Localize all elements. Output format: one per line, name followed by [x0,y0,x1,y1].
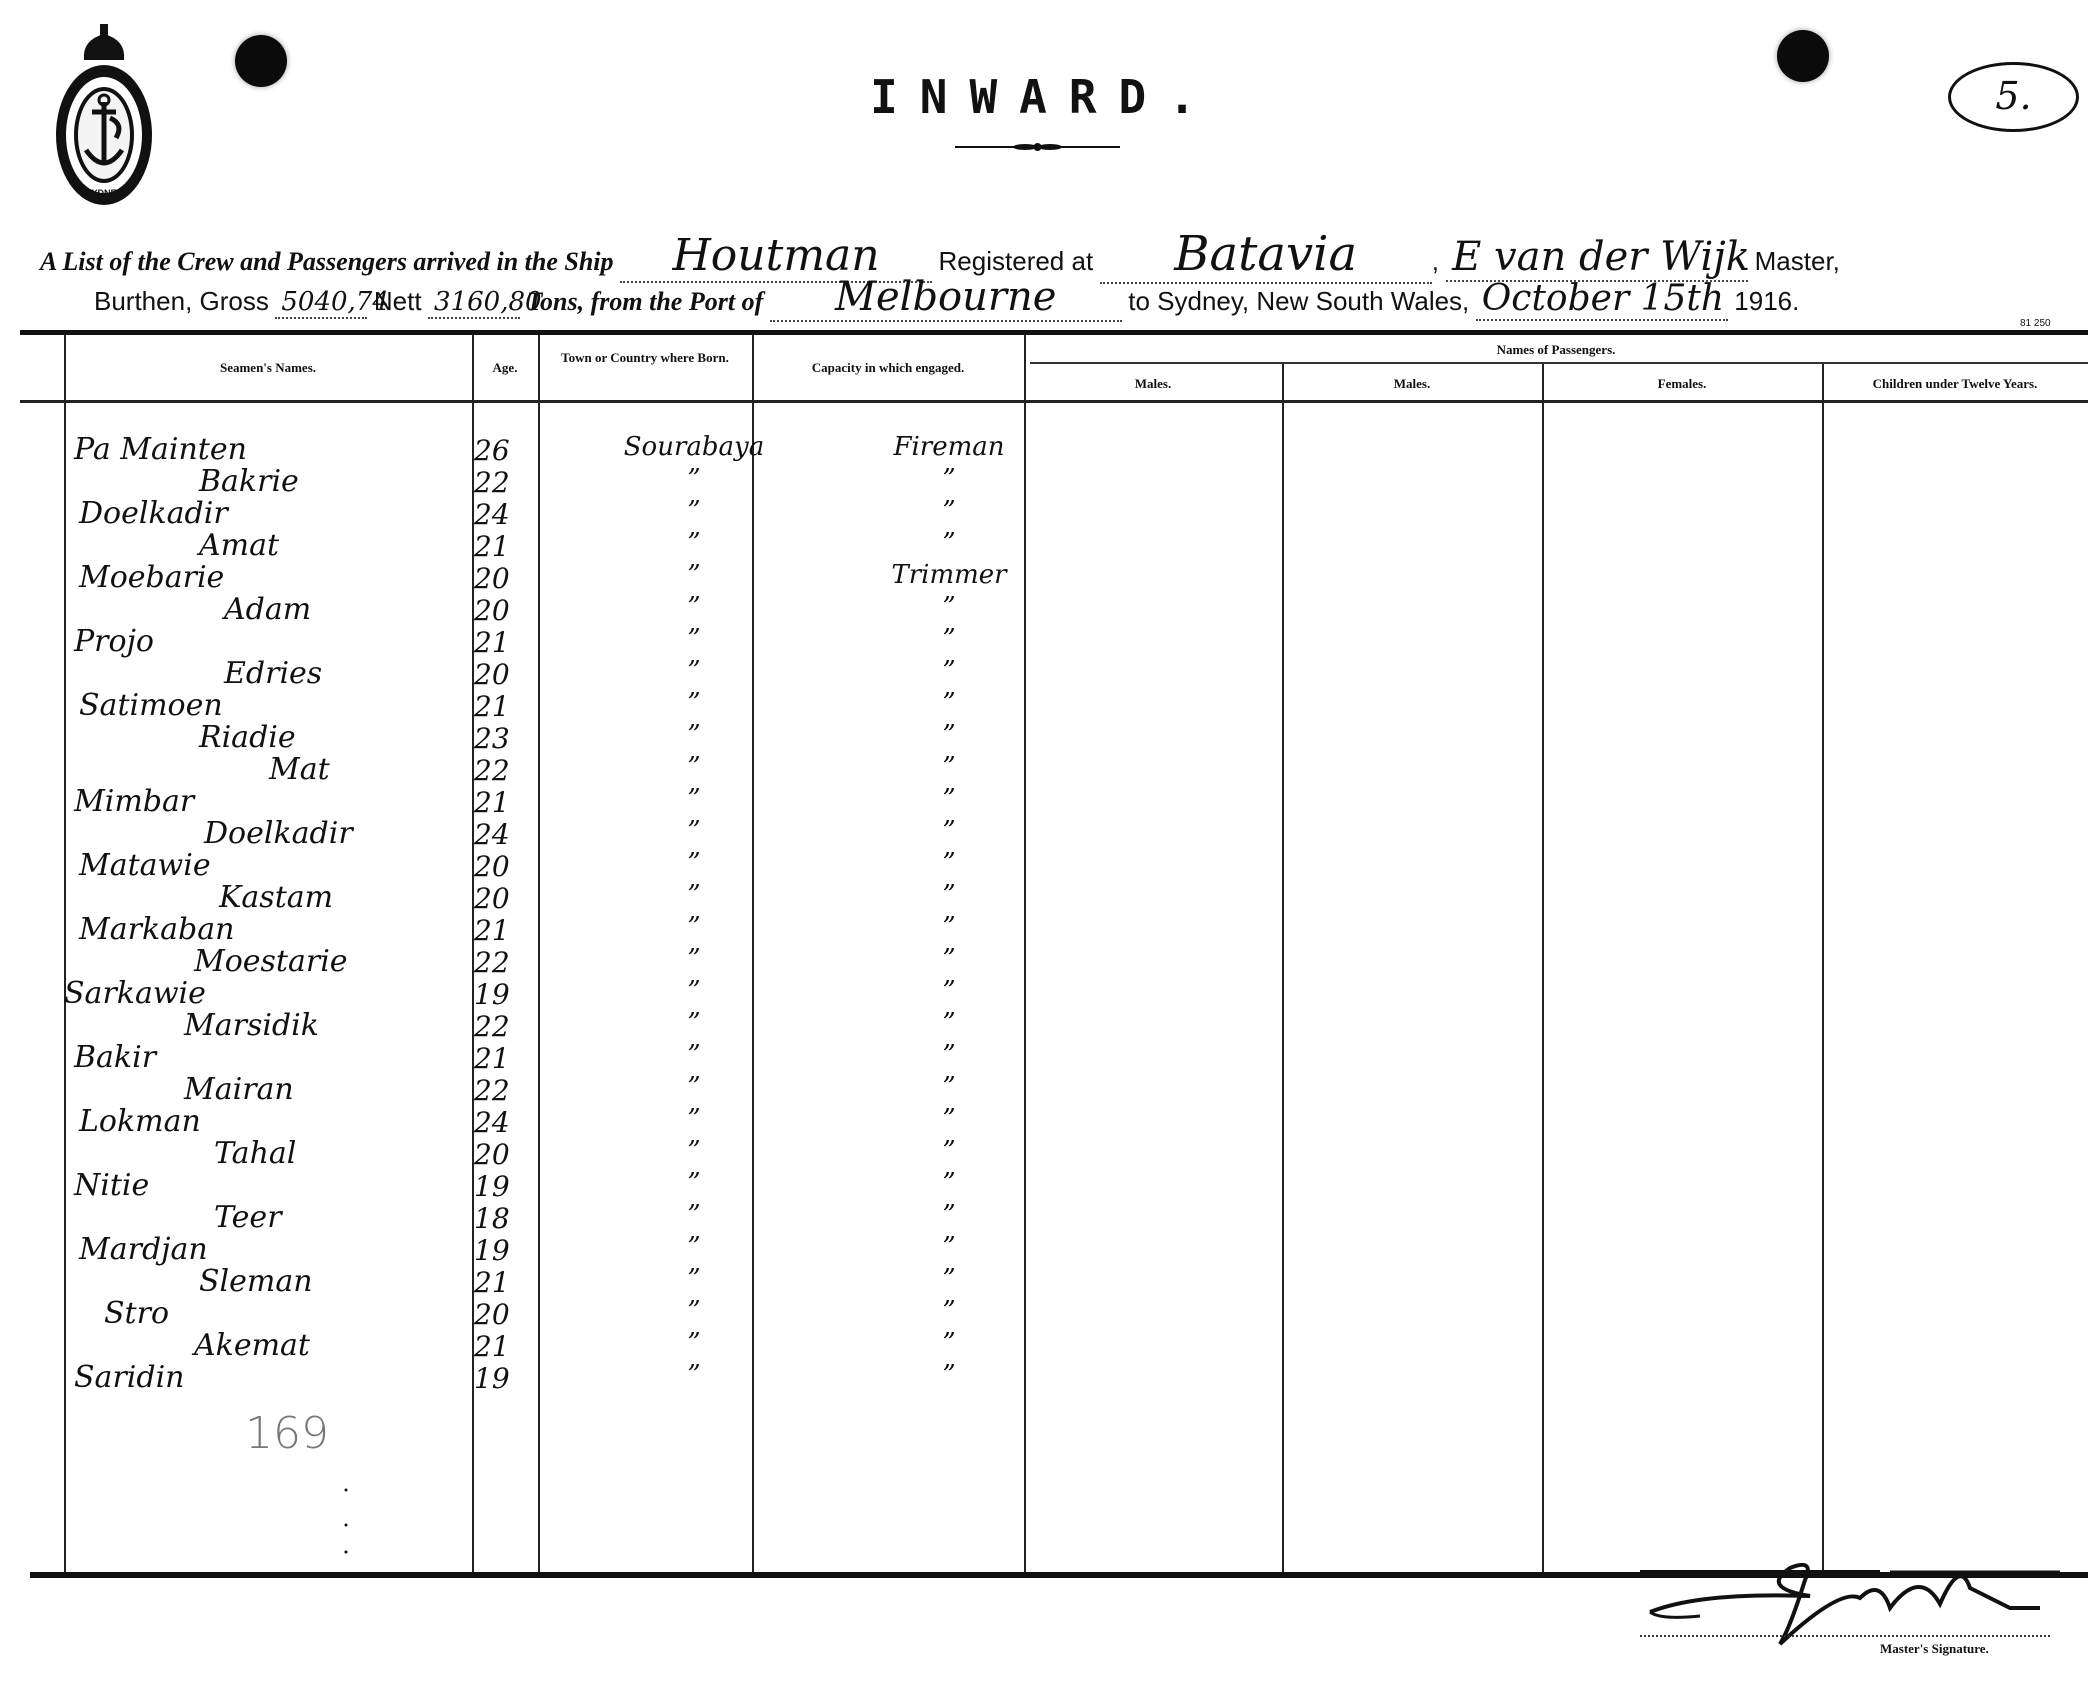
seaman-name: Sleman [199,1264,313,1299]
seaman-capacity: ” [824,848,1074,878]
page-title: INWARD. [0,70,2088,124]
column-divider [1282,364,1284,1572]
seaman-birthplace: ” [604,1040,784,1070]
seaman-name: Amat [199,528,279,563]
seaman-birthplace: ” [604,880,784,910]
seaman-name: Riadie [199,720,296,755]
seaman-capacity: ” [824,752,1074,782]
seaman-birthplace: ” [604,1328,784,1358]
seaman-age: 21 [474,1042,534,1075]
seaman-birthplace: ” [604,1200,784,1230]
seaman-birthplace: ” [604,912,784,942]
seaman-name: Mairan [184,1072,294,1107]
seaman-name: Edries [224,656,322,691]
passengers-subheader-rule [1030,362,2088,364]
table-top-rule [20,330,2088,335]
seaman-name: Matawie [79,848,211,883]
seaman-birthplace: ” [604,720,784,750]
seaman-name: Bakrie [199,464,299,499]
nett-label: Nett [374,286,422,316]
seaman-birthplace: ” [604,976,784,1006]
seaman-age: 20 [474,1298,534,1331]
seaman-name: Doelkadir [79,496,228,531]
ink-dots [343,1480,349,1560]
seaman-age: 21 [474,530,534,563]
header-females: Females. [1542,376,1822,392]
seaman-capacity: ” [824,1072,1074,1102]
seaman-capacity: ” [824,1328,1074,1358]
seaman-age: 19 [474,978,534,1011]
header-town-born: Town or Country where Born. [560,350,730,366]
seaman-name: Kastam [219,880,333,915]
header-age: Age. [472,360,538,376]
seaman-capacity: ” [824,528,1074,558]
seaman-name: Mimbar [74,784,194,819]
master-label: Master, [1755,246,1840,276]
seaman-capacity: ” [824,624,1074,654]
seaman-capacity: ” [824,1136,1074,1166]
seaman-name: Pa Mainten [74,432,247,467]
seaman-capacity: ” [824,1296,1074,1326]
seaman-name: Akemat [194,1328,310,1363]
seaman-birthplace: ” [604,1104,784,1134]
tons-from-port-label: Tons, from the Port of [527,287,764,316]
seaman-capacity: ” [824,656,1074,686]
seaman-birthplace: ” [604,464,784,494]
seaman-birthplace: ” [604,496,784,526]
seaman-age: 21 [474,1266,534,1299]
seaman-capacity: ” [824,912,1074,942]
seaman-capacity: ” [824,1168,1074,1198]
seaman-capacity: ” [824,944,1074,974]
seaman-capacity: ” [824,1008,1074,1038]
seaman-name: Tahal [214,1136,296,1171]
seaman-age: 23 [474,722,534,755]
seaman-name: Moebarie [79,560,224,595]
title-ornament-divider [955,140,1120,154]
seaman-name: Satimoen [79,688,223,723]
seaman-name: Doelkadir [204,816,353,851]
seaman-age: 19 [474,1234,534,1267]
seaman-birthplace: ” [604,784,784,814]
header-males-2: Males. [1282,376,1542,392]
seaman-age: 20 [474,882,534,915]
gross-tonnage-field: 5040,74 [275,287,367,319]
seaman-birthplace: ” [604,752,784,782]
seaman-age: 22 [474,754,534,787]
seaman-name: Bakir [74,1040,156,1075]
seaman-birthplace: ” [604,1136,784,1166]
master-signature-label: Master's Signature. [1880,1641,1989,1657]
seaman-birthplace: ” [604,1008,784,1038]
seaman-birthplace: ” [604,1168,784,1198]
seaman-birthplace: ” [604,528,784,558]
seaman-name: Nitie [74,1168,149,1203]
seaman-age: 19 [474,1362,534,1395]
seaman-capacity: ” [824,592,1074,622]
column-divider [1542,364,1544,1572]
seaman-age: 20 [474,658,534,691]
seaman-capacity: ” [824,496,1074,526]
seaman-capacity: ” [824,1264,1074,1294]
seaman-name: Moestarie [194,944,348,979]
seaman-capacity: ” [824,1232,1074,1262]
year-label: 1916. [1734,286,1799,316]
page-number: 5. [1948,62,2079,132]
form-number: 81 250 [2020,318,2051,329]
seaman-birthplace: ” [604,592,784,622]
seaman-age: 20 [474,850,534,883]
seaman-name: Adam [224,592,311,627]
seaman-age: 21 [474,690,534,723]
seaman-name: Mardjan [79,1232,208,1267]
seaman-capacity: ” [824,976,1074,1006]
seaman-age: 24 [474,818,534,851]
signature-line [1640,1635,2050,1637]
seaman-birthplace: ” [604,560,784,590]
seaman-name: Saridin [74,1360,185,1395]
seaman-birthplace: ” [604,1264,784,1294]
seaman-capacity: ” [824,720,1074,750]
seaman-capacity: ” [824,880,1074,910]
seaman-age: 22 [474,466,534,499]
seaman-capacity: ” [824,1200,1074,1230]
seaman-age: 18 [474,1202,534,1235]
seaman-name: Projo [74,624,154,659]
seaman-name: Stro [104,1296,169,1331]
seaman-birthplace: ” [604,1296,784,1326]
seaman-age: 26 [474,434,534,467]
seaman-birthplace: ” [604,944,784,974]
seaman-birthplace: ” [604,1232,784,1262]
svg-text:SYDNEY: SYDNEY [85,188,122,198]
master-signature-icon [1640,1548,2060,1668]
seaman-birthplace: Sourabaya [604,432,784,462]
seaman-age: 20 [474,1138,534,1171]
registered-label: Registered at [939,246,1094,276]
header-names-of-passengers: Names of Passengers. [1024,342,2088,358]
seaman-name: Marsidik [184,1008,319,1043]
seaman-capacity: ” [824,1104,1074,1134]
departure-port-field: Melbourne [770,274,1122,322]
table-row: Saridin19”” [64,1366,1024,1398]
header-line-2: Burthen, Gross 5040,74 Nett 3160,80 Tons… [94,274,1799,322]
seaman-age: 24 [474,1106,534,1139]
header-seamens-names: Seamen's Names. [64,360,472,376]
seaman-capacity: ” [824,1040,1074,1070]
seaman-age: 22 [474,1074,534,1107]
seaman-birthplace: ” [604,848,784,878]
seaman-birthplace: ” [604,1072,784,1102]
seaman-capacity: ” [824,1360,1074,1390]
seaman-birthplace: ” [604,816,784,846]
seaman-capacity: Fireman [824,432,1074,462]
seaman-birthplace: ” [604,656,784,686]
seaman-age: 19 [474,1170,534,1203]
seaman-name: Lokman [79,1104,201,1139]
seaman-age: 21 [474,786,534,819]
seaman-age: 21 [474,914,534,947]
seaman-age: 24 [474,498,534,531]
seaman-age: 20 [474,594,534,627]
seaman-capacity: ” [824,816,1074,846]
seaman-capacity: ” [824,784,1074,814]
nett-tonnage-field: 3160,80 [428,287,520,319]
table-header-rule [20,400,2088,403]
seaman-age: 21 [474,626,534,659]
list-intro-label: A List of the Crew and Passengers arrive… [40,247,614,276]
seaman-name: Mat [269,752,330,787]
seaman-birthplace: ” [604,1360,784,1390]
seaman-age: 22 [474,1010,534,1043]
seaman-name: Teer [214,1200,282,1235]
header-males-1: Males. [1024,376,1282,392]
seaman-capacity: Trimmer [824,560,1074,590]
seaman-age: 21 [474,1330,534,1363]
seaman-capacity: ” [824,464,1074,494]
column-divider [1822,364,1824,1572]
seaman-name: Markaban [79,912,234,947]
burthen-label: Burthen, Gross [94,286,269,316]
seaman-age: 20 [474,562,534,595]
seaman-capacity: ” [824,688,1074,718]
arrival-date-field: October 15th [1476,278,1728,321]
pencil-annotation: 169 [245,1408,329,1459]
seaman-birthplace: ” [604,624,784,654]
seaman-birthplace: ” [604,688,784,718]
seaman-age: 22 [474,946,534,979]
header-children: Children under Twelve Years. [1822,376,2088,392]
seaman-name: Sarkawie [64,976,206,1011]
destination-label: to Sydney, New South Wales, [1128,286,1469,316]
header-capacity: Capacity in which engaged. [752,360,1024,376]
